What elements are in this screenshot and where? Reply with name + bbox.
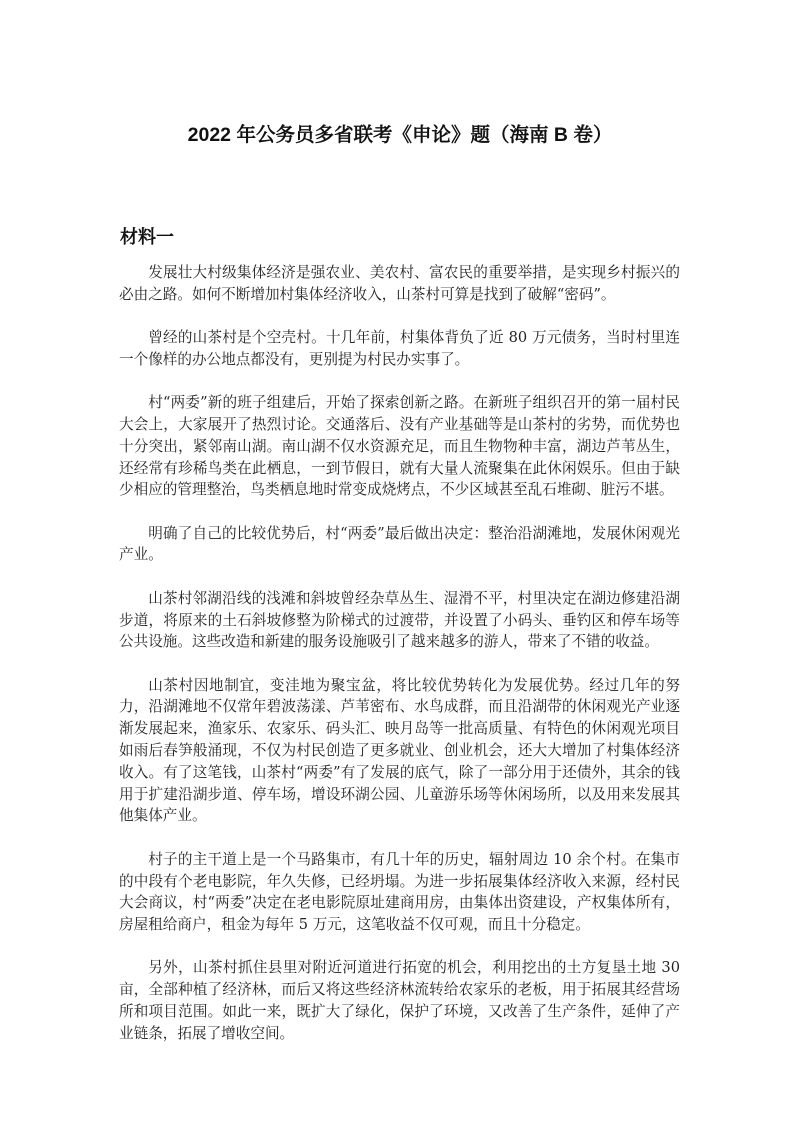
section-heading-material-one: 材料一 <box>120 225 174 249</box>
paragraph: 山茶村邻湖沿线的浅滩和斜坡曾经杂草丛生、湿滑不平，村里决定在湖边修建沿湖步道，将… <box>119 588 680 653</box>
document-title: 2022 年公务员多省联考《申论》题（海南 B 卷） <box>0 122 800 148</box>
paragraph: 明确了自己的比较优势后，村“两委”最后做出决定：整治沿湖滩地，发展休闲观光产业。 <box>119 523 680 567</box>
document-page: 2022 年公务员多省联考《申论》题（海南 B 卷） 材料一 发展壮大村级集体经… <box>0 0 800 1131</box>
paragraph: 村子的主干道上是一个马路集市，有几十年的历史，辐射周边 10 余个村。在集市的中… <box>119 849 680 936</box>
paragraph: 村“两委”新的班子组建后，开始了探索创新之路。在新班子组织召开的第一届村民大会上… <box>119 392 680 501</box>
document-body: 发展壮大村级集体经济是强农业、美农村、富农民的重要举措，是实现乡村振兴的必由之路… <box>119 262 680 1066</box>
paragraph: 曾经的山茶村是个空壳村。十几年前，村集体背负了近 80 万元债务，当时村里连一个… <box>119 327 680 371</box>
paragraph: 另外，山茶村抓住县里对附近河道进行拓宽的机会，利用挖出的土方复垦土地 30 亩，… <box>119 957 680 1044</box>
paragraph: 发展壮大村级集体经济是强农业、美农村、富农民的重要举措，是实现乡村振兴的必由之路… <box>119 262 680 306</box>
paragraph: 山茶村因地制宜，变洼地为聚宝盆，将比较优势转化为发展优势。经过几年的努力，沿湖滩… <box>119 675 680 828</box>
